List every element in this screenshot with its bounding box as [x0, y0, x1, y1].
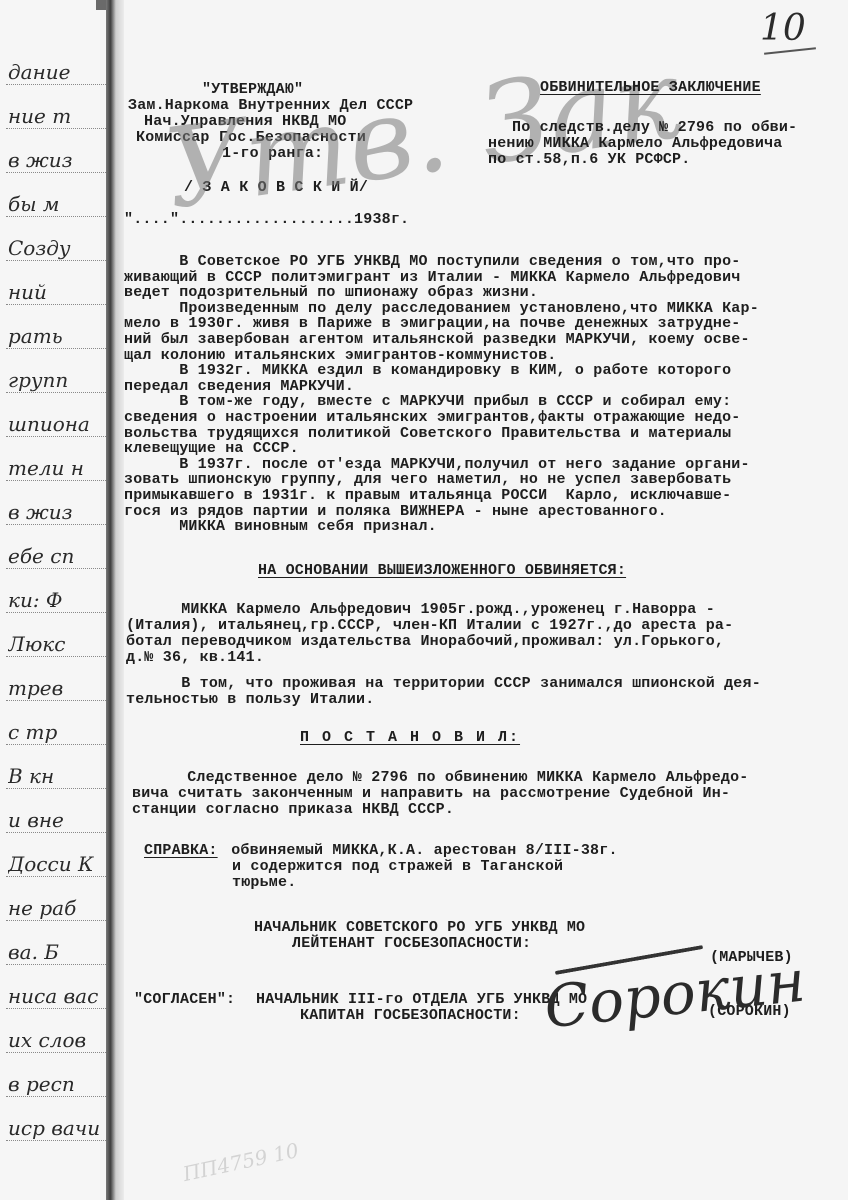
- margin-ruled-line: [6, 744, 110, 745]
- margin-ruled-line: [6, 524, 110, 525]
- resolution-line: вича считать законченным и направить на …: [132, 786, 730, 802]
- margin-handwriting: тели н: [8, 456, 112, 480]
- body-line: ний был завербован агентом итальянской р…: [124, 332, 750, 348]
- margin-handwriting: в жиз: [8, 500, 112, 524]
- margin-ruled-line: [6, 568, 110, 569]
- left-margin-page: даниение тв жизбы мСоздунийратьгруппшпио…: [0, 0, 112, 1200]
- margin-ruled-line: [6, 1140, 110, 1141]
- body-line: В 1932г. МИККА ездил в командировку в КИ…: [124, 363, 731, 379]
- document-sheet: 10 "УТВЕРЖДАЮ" Зам.Наркома Внутренних Де…: [124, 0, 848, 1200]
- accusation-line: ботал переводчиком издательства Инорабоч…: [126, 634, 724, 650]
- document-title: ОБВИНИТЕЛЬНОЕ ЗАКЛЮЧЕНИЕ: [540, 80, 761, 96]
- margin-handwriting: ебе сп: [8, 544, 112, 568]
- margin-ruled-line: [6, 348, 110, 349]
- margin-handwriting: групп: [8, 368, 112, 392]
- note-label: СПРАВКА:: [144, 843, 218, 859]
- margin-handwriting: ниса вас: [8, 984, 112, 1008]
- margin-ruled-line: [6, 612, 110, 613]
- accusation-line: тельностью в пользу Италии.: [126, 692, 374, 708]
- body-line: щал колонию итальянских эмигрантов-комму…: [124, 348, 556, 364]
- margin-ruled-line: [6, 964, 110, 965]
- margin-ruled-line: [6, 172, 110, 173]
- page-number: 10: [760, 8, 806, 49]
- margin-ruled-line: [6, 128, 110, 129]
- body-line: клевещущие на СССР.: [124, 441, 299, 457]
- margin-handwriting: их слов: [8, 1028, 112, 1052]
- margin-ruled-line: [6, 480, 110, 481]
- accusation-line: (Италия), итальянец,гр.СССР, член-КП Ита…: [126, 618, 733, 634]
- chief-line-1: НАЧАЛЬНИК СОВЕТСКОГО РО УГБ УНКВД МО: [254, 920, 585, 936]
- body-line: МИККА виновным себя признал.: [124, 519, 437, 535]
- margin-ruled-line: [6, 832, 110, 833]
- body-line: передал сведения МАРКУЧИ.: [124, 379, 354, 395]
- margin-ruled-line: [6, 260, 110, 261]
- body-line: В том-же году, вместе с МАРКУЧИ прибыл в…: [124, 394, 731, 410]
- chief-line-2: ЛЕЙТЕНАНТ ГОСБЕЗОПАСНОСТИ:: [292, 936, 531, 952]
- handwritten-signature: Сорокин: [541, 947, 808, 1042]
- accusation-line: В том, что проживая на территории СССР з…: [126, 676, 761, 692]
- agreed-label: "СОГЛАСЕН":: [134, 992, 235, 1008]
- agreed-line-1: НАЧАЛЬНИК III-го ОТДЕЛА УГБ УНКВД МО: [256, 992, 587, 1008]
- margin-handwriting: дание: [8, 60, 112, 84]
- margin-handwriting: рать: [8, 324, 112, 348]
- margin-ruled-line: [6, 436, 110, 437]
- margin-handwriting: трев: [8, 676, 112, 700]
- note-line-2: и содержится под стражей в Таганской: [232, 859, 563, 875]
- body-line: В Советское РО УГБ УНКВД МО поступили св…: [124, 254, 741, 270]
- margin-handwriting: ний: [8, 280, 112, 304]
- body-line: живающий в СССР политэмигрант из Италии …: [124, 270, 741, 286]
- margin-handwriting: ва. Б: [8, 940, 112, 964]
- body-line: вольства трудящихся политикой Советского…: [124, 426, 731, 442]
- margin-ruled-line: [6, 1052, 110, 1053]
- margin-handwriting: Люкс: [8, 632, 112, 656]
- margin-handwriting: в респ: [8, 1072, 112, 1096]
- margin-ruled-line: [6, 304, 110, 305]
- case-line-3: по ст.58,п.6 УК РСФСР.: [488, 152, 690, 168]
- binding-edge: [106, 0, 124, 1200]
- margin-handwriting: не раб: [8, 896, 112, 920]
- margin-handwriting: Созду: [8, 236, 112, 260]
- margin-ruled-line: [6, 216, 110, 217]
- resolution-line: Следственное дело № 2796 по обвинению МИ…: [132, 770, 749, 786]
- margin-ruled-line: [6, 392, 110, 393]
- body-line: сведения о настроении итальянских эмигра…: [124, 410, 741, 426]
- body-line: ведет подозрительный по шпионажу образ ж…: [124, 285, 538, 301]
- accusation-line: д.№ 36, кв.141.: [126, 650, 264, 666]
- case-line-1: По следств.делу № 2796 по обви-: [512, 120, 797, 136]
- margin-handwriting: с тр: [8, 720, 112, 744]
- agreed-line-2: КАПИТАН ГОСБЕЗОПАСНОСТИ:: [300, 1008, 521, 1024]
- resolution-line: станции согласно приказа НКВД СССР.: [132, 802, 454, 818]
- body-line: Произведенным по делу расследованием уст…: [124, 301, 759, 317]
- margin-handwriting: иср вачи: [8, 1116, 112, 1140]
- margin-handwriting: бы м: [8, 192, 112, 216]
- margin-handwriting: в жиз: [8, 148, 112, 172]
- note-line-3: тюрьме.: [232, 875, 296, 891]
- case-line-2: нению МИККА Кармело Альфредовича: [488, 136, 782, 152]
- body-line: В 1937г. после от'езда МАРКУЧИ,получил о…: [124, 457, 750, 473]
- accusation-line: МИККА Кармело Альфредович 1905г.рожд.,ур…: [126, 602, 715, 618]
- accusation-heading: НА ОСНОВАНИИ ВЫШЕИЗЛОЖЕННОГО ОБВИНЯЕТСЯ:: [258, 563, 626, 579]
- margin-ruled-line: [6, 876, 110, 877]
- margin-ruled-line: [6, 1096, 110, 1097]
- margin-ruled-line: [6, 788, 110, 789]
- note-line-1: обвиняемый МИККА,К.А. арестован 8/III-38…: [222, 843, 618, 859]
- margin-handwriting: В кн: [8, 764, 112, 788]
- body-line: мело в 1930г. живя в Париже в эмиграции,…: [124, 316, 741, 332]
- margin-ruled-line: [6, 656, 110, 657]
- margin-handwriting: Досси К: [8, 852, 112, 876]
- margin-handwriting: шпиона: [8, 412, 112, 436]
- body-line: зовать шпионскую группу, для чего намети…: [124, 472, 731, 488]
- faint-stamp: ПП4759 10: [181, 1138, 301, 1186]
- body-line: примыкавшего в 1931г. к правым итальянца…: [124, 488, 731, 504]
- margin-ruled-line: [6, 920, 110, 921]
- margin-ruled-line: [6, 84, 110, 85]
- margin-handwriting: ки: Ф: [8, 588, 112, 612]
- margin-handwriting: и вне: [8, 808, 112, 832]
- margin-handwriting: ние т: [8, 104, 112, 128]
- margin-ruled-line: [6, 700, 110, 701]
- margin-ruled-line: [6, 1008, 110, 1009]
- resolution-heading: П О С Т А Н О В И Л:: [300, 730, 520, 746]
- body-line: гося из рядов партии и поляка ВИЖНЕРА - …: [124, 504, 667, 520]
